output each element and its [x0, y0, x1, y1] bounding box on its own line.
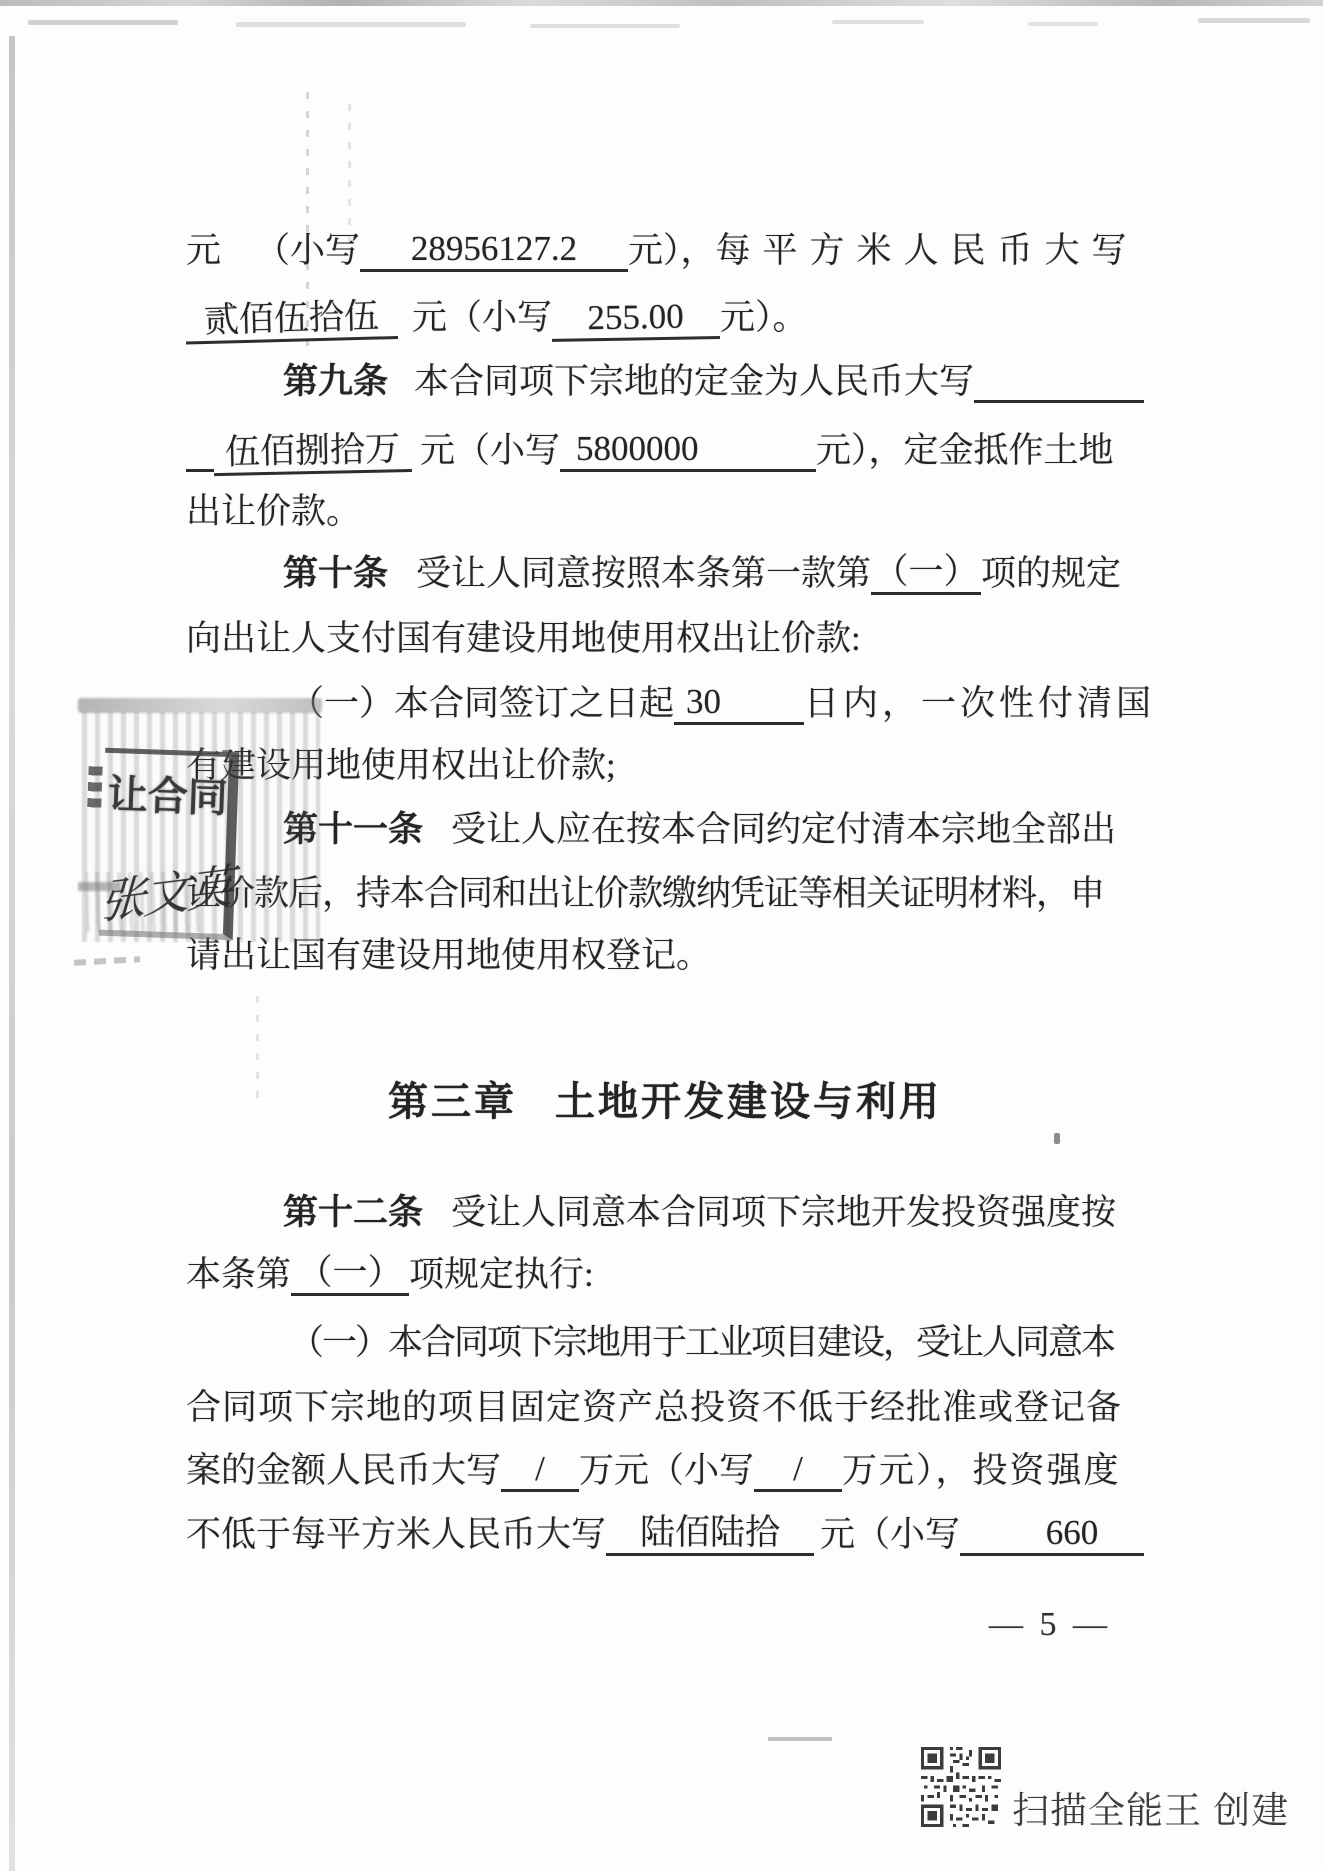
chapter-title: 土地开发建设与利用 — [555, 1079, 942, 1124]
spacer — [398, 337, 412, 339]
filled-blank: （一） — [871, 551, 981, 595]
clause-label: 第十二条 — [283, 1192, 423, 1234]
contract-line: 请出让国有建设用地使用权登记。 — [186, 931, 1144, 977]
contract-line: （一）本合同项下宗地用于工业项目建设，受让人同意本 — [186, 1318, 1144, 1364]
filled-blank — [186, 428, 214, 472]
text-run: 元（小写 — [412, 297, 552, 339]
spacer — [221, 270, 255, 272]
filled-blank: 陆佰陆拾 — [606, 1512, 814, 1556]
contract-line: 向出让人支付国有建设用地使用权出让价款: — [186, 614, 1144, 660]
scan-smudge-dash — [1028, 22, 1098, 26]
text-run: 向出让人支付国有建设用地使用权出让价款: — [186, 618, 861, 660]
filled-blank: / — [754, 1448, 842, 1492]
text-run: 日内，一次性付清国 — [804, 683, 1155, 725]
text-run: 受让人同意按照本条第一款第 — [416, 553, 871, 595]
spacer — [423, 849, 451, 851]
contract-line: 第十一条受让人应在按本合同约定付清本宗地全部出 — [186, 805, 1144, 851]
contract-line: 合同项下宗地的项目固定资产总投资不低于经批准或登记备 — [186, 1383, 1144, 1429]
stamp-text: 让合同 — [107, 763, 229, 824]
text-run: 元 — [186, 230, 221, 272]
scanner-watermark-text: 扫描全能王 创建 — [1012, 1780, 1289, 1834]
contract-line: 元（小写28956127.2元），每平方米人民币大写 — [186, 226, 1144, 272]
contract-line: 本条第（一）项规定执行: — [186, 1250, 1144, 1296]
contract-line: 让价款后，持本合同和出让价款缴纳凭证等相关证明材料，申 — [186, 869, 1144, 915]
filled-blank — [974, 359, 1144, 403]
clause-label: 第九条 — [283, 361, 388, 403]
scan-smudge-dash — [768, 1737, 832, 1741]
scan-left-edge-artifact — [9, 36, 15, 1871]
contract-line: 第十二条受让人同意本合同项下宗地开发投资强度按 — [186, 1188, 1144, 1234]
contract-line: 有建设用地使用权出让价款; — [186, 741, 1144, 787]
text-run: （一）本合同签订之日起 — [289, 683, 674, 725]
text-run: 受让人应在按本合同约定付清本宗地全部出 — [451, 809, 1116, 851]
text-run: 合同项下宗地的项目固定资产总投资不低于经批准或登记备 — [186, 1387, 1122, 1429]
spacer — [186, 1232, 283, 1234]
page-number: — 5 — — [975, 1606, 1125, 1644]
text-run: 每平方米人民币大写 — [716, 230, 1139, 272]
stamp-smudge-dash — [78, 882, 120, 891]
scan-top-edge-artifact — [0, 0, 1323, 6]
chapter-heading: 第三章土地开发建设与利用 — [186, 1070, 1144, 1127]
filled-blank: 660 — [960, 1512, 1144, 1556]
spacer — [388, 401, 414, 403]
clause-label: 第十条 — [283, 553, 388, 595]
filled-blank: 255.00 — [551, 295, 720, 342]
contract-line: 案的金额人民币大写/万元（小写/万元），投资强度 — [186, 1446, 1144, 1492]
contract-line: （一）本合同签订之日起30日内，一次性付清国 — [186, 679, 1144, 725]
spacer — [186, 1362, 289, 1364]
text-run: 出让价款。 — [186, 491, 361, 533]
spacer — [412, 470, 420, 472]
spacer — [186, 593, 283, 595]
text-run: 元）， — [628, 230, 716, 272]
contract-line: 出让价款。 — [186, 487, 1144, 533]
contract-line: 伍佰捌拾万元（小写5800000元），定金抵作土地 — [186, 426, 1144, 472]
filled-blank: （一） — [291, 1252, 409, 1296]
filled-blank: 30 — [674, 681, 804, 725]
text-run: 元（小写 — [420, 430, 560, 472]
text-run: 案的金额人民币大写 — [186, 1450, 501, 1492]
filled-blank: 贰佰伍拾伍 — [185, 295, 398, 345]
scan-smudge-dash — [28, 20, 178, 25]
filled-blank: 伍佰捌拾万 — [213, 428, 412, 476]
spacer — [388, 593, 416, 595]
text-run: 受让人同意本合同项下宗地开发投资强度按 — [451, 1192, 1116, 1234]
text-run: 元），定金抵作土地 — [816, 430, 1114, 472]
scan-smudge-dash — [832, 20, 924, 24]
text-run: 项规定执行: — [409, 1254, 594, 1296]
contract-line: 贰佰伍拾伍元（小写255.00元）。 — [186, 293, 1144, 339]
text-run: （一）本合同项下宗地用于工业项目建设，受让人同意本 — [289, 1322, 1114, 1364]
spacer — [186, 401, 283, 403]
scan-speck — [1054, 1133, 1060, 1144]
scan-smudge-dash — [236, 22, 466, 27]
chapter-number: 第三章 — [388, 1079, 517, 1124]
contract-line: 第十条受让人同意按照本条第一款第（一）项的规定 — [186, 549, 1144, 595]
text-run: 本合同项下宗地的定金为人民币大写 — [414, 361, 974, 403]
text-run: 项的规定 — [981, 553, 1121, 595]
qr-code-icon — [921, 1747, 1001, 1827]
contract-line: 不低于每平方米人民币大写陆佰陆拾元（小写660 — [186, 1510, 1144, 1556]
scan-smudge-dash — [1198, 18, 1310, 23]
text-run: （小写 — [255, 230, 360, 272]
text-run: 让价款后，持本合同和出让价款缴纳凭证等相关证明材料，申 — [186, 873, 1104, 915]
stamp-smudge-dash — [74, 956, 140, 965]
text-run: 万元），投资强度 — [842, 1450, 1121, 1492]
scan-smudge-dash — [530, 24, 680, 28]
text-run: 元（小写 — [820, 1514, 960, 1556]
filled-blank: 5800000 — [560, 428, 816, 472]
scanned-contract-page: 元（小写28956127.2元），每平方米人民币大写贰佰伍拾伍元（小写255.0… — [0, 0, 1323, 1871]
text-run: 万元（小写 — [579, 1450, 754, 1492]
stamp-partial-character-marks — [87, 766, 103, 810]
filled-blank: / — [501, 1448, 579, 1492]
spacer — [423, 1232, 451, 1234]
filled-blank: 28956127.2 — [360, 228, 628, 272]
text-run: 不低于每平方米人民币大写 — [186, 1514, 606, 1556]
text-run: 元）。 — [720, 297, 808, 339]
stamp-smudge-band — [78, 698, 322, 713]
text-run: 本条第 — [186, 1254, 291, 1296]
contract-line: 第九条本合同项下宗地的定金为人民币大写 — [186, 357, 1144, 403]
